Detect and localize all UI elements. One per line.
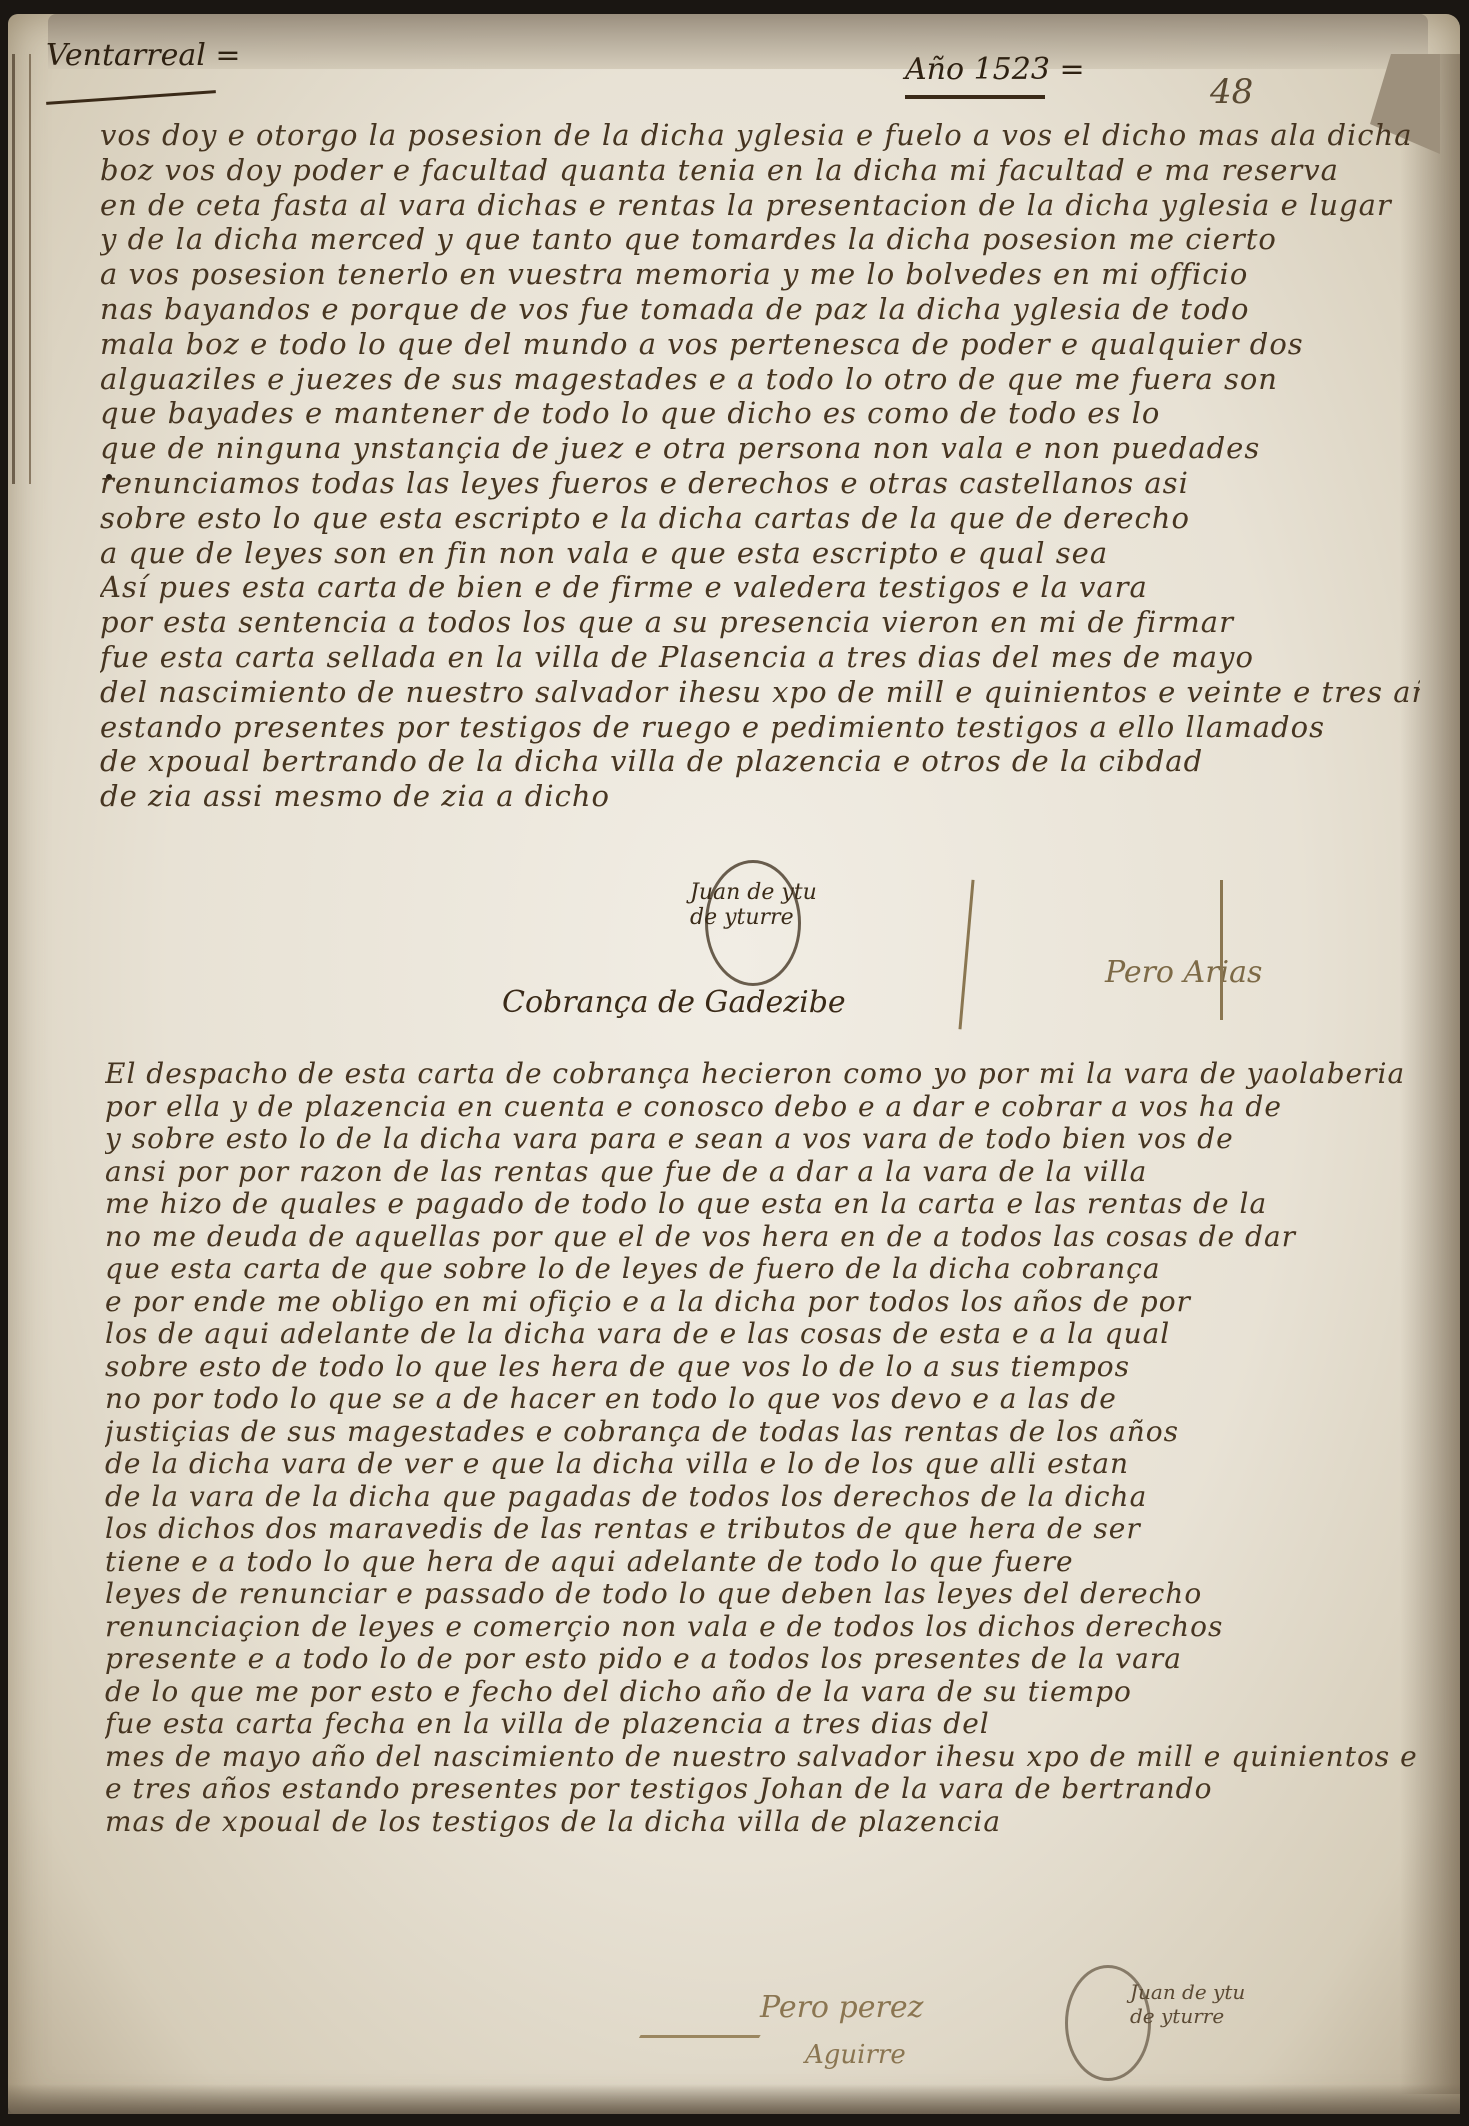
year-underline — [905, 95, 1045, 99]
manuscript-line: los de aqui adelante de la dicha vara de… — [105, 1318, 1425, 1351]
manuscript-line: que de ninguna ynstançia de juez e otra … — [100, 431, 1420, 466]
manuscript-line: e tres años estando presentes por testig… — [105, 1773, 1425, 1806]
signature-line: de yturre — [690, 905, 817, 930]
manuscript-line: fue esta carta sellada en la villa de Pl… — [100, 640, 1420, 675]
manuscript-line: alguaziles e juezes de sus magestades e … — [100, 362, 1420, 397]
manuscript-line: me hizo de quales e pagado de todo lo qu… — [105, 1188, 1425, 1221]
signature-line: Juan de ytu — [1130, 1980, 1245, 2004]
manuscript-line: fue esta carta fecha en la villa de plaz… — [105, 1708, 1425, 1741]
folio-number: 48 — [1210, 72, 1253, 112]
manuscript-line: no me deuda de aquellas por que el de vo… — [105, 1221, 1425, 1254]
manuscript-line: boz vos doy poder e facultad quanta teni… — [100, 153, 1420, 188]
manuscript-line: nas bayandos e porque de vos fue tomada … — [100, 292, 1420, 327]
manuscript-line: mes de mayo año del nascimiento de nuest… — [105, 1741, 1425, 1774]
manuscript-line: y sobre esto lo de la dicha vara para e … — [105, 1123, 1425, 1156]
notary-signature-1: Juan de ytu de yturre — [690, 880, 817, 930]
manuscript-line: de la dicha vara de ver e que la dicha v… — [105, 1448, 1425, 1481]
manuscript-line: ansi por por razon de las rentas que fue… — [105, 1156, 1425, 1189]
manuscript-line: por ella y de plazencia en cuenta e cono… — [105, 1091, 1425, 1124]
manuscript-line: estando presentes por testigos de ruego … — [100, 710, 1420, 745]
manuscript-line: de zia assi mesmo de zia a dicho — [100, 779, 1420, 814]
manuscript-line: que esta carta de que sobre lo de leyes … — [105, 1253, 1425, 1286]
manuscript-line: vos doy e otorgo la posesion de la dicha… — [100, 118, 1420, 153]
binding-margin-lines — [12, 54, 31, 484]
manuscript-line: El despacho de esta carta de cobrança he… — [105, 1058, 1425, 1091]
manuscript-line: de lo que me por esto e fecho del dicho … — [105, 1676, 1425, 1709]
bottom-signer-name: Pero perez — [760, 1990, 923, 2025]
manuscript-line: y de la dicha merced y que tanto que tom… — [100, 222, 1420, 257]
text-block-1: vos doy e otorgo la posesion de la dicha… — [100, 118, 1420, 814]
margin-title: Ventarreal = — [46, 38, 241, 73]
signature-line: de yturre — [1130, 2004, 1245, 2028]
manuscript-line: justiçias de sus magestades e cobrança d… — [105, 1416, 1425, 1449]
paper-top-edge — [48, 14, 1428, 69]
manuscript-line: Así pues esta carta de bien e de firme e… — [100, 570, 1420, 605]
manuscript-line: a que de leyes son en fin non vala e que… — [100, 536, 1420, 571]
manuscript-line: tiene e a todo lo que hera de aqui adela… — [105, 1546, 1425, 1579]
text-block-2: El despacho de esta carta de cobrança he… — [105, 1058, 1425, 1838]
manuscript-line: leyes de renunciar e passado de todo lo … — [105, 1578, 1425, 1611]
paper-bottom-edge — [8, 2084, 1460, 2114]
manuscript-line: no por todo lo que se a de hacer en todo… — [105, 1383, 1425, 1416]
manuscript-line: e por ende me obligo en mi ofiçio e a la… — [105, 1286, 1425, 1319]
signature-2: Pero Arias — [1105, 955, 1262, 990]
notary-signature-2: Juan de ytu de yturre — [1130, 1980, 1245, 2028]
manuscript-line: presente e a todo lo de por esto pido e … — [105, 1643, 1425, 1676]
manuscript-line: renunciamos todas las leyes fueros e der… — [100, 466, 1420, 501]
year-annotation: Año 1523 = — [905, 52, 1085, 87]
manuscript-line: a vos posesion tenerlo en vuestra memori… — [100, 257, 1420, 292]
manuscript-line: los dichos dos maravedis de las rentas e… — [105, 1513, 1425, 1546]
manuscript-line: sobre esto de todo lo que les hera de qu… — [105, 1351, 1425, 1384]
manuscript-line: que bayades e mantener de todo lo que di… — [100, 396, 1420, 431]
section-heading: Cobrança de Gadezibe — [502, 985, 846, 1020]
manuscript-line: por esta sentencia a todos los que a su … — [100, 605, 1420, 640]
manuscript-line: renunciaçion de leyes e comerçio non val… — [105, 1611, 1425, 1644]
signature-flourish — [1220, 880, 1233, 1020]
manuscript-line: en de ceta fasta al vara dichas e rentas… — [100, 188, 1420, 223]
signature-line: Juan de ytu — [690, 880, 817, 905]
bottom-signer-surname: Aguirre — [805, 2040, 906, 2070]
manuscript-line: mala boz e todo lo que del mundo a vos p… — [100, 327, 1420, 362]
manuscript-line: del nascimiento de nuestro salvador ihes… — [100, 675, 1420, 710]
manuscript-line: de xpoual bertrando de la dicha villa de… — [100, 744, 1420, 779]
manuscript-line: mas de xpoual de los testigos de la dich… — [105, 1806, 1425, 1839]
manuscript-line: sobre esto lo que esta escripto e la dic… — [100, 501, 1420, 536]
manuscript-line: de la vara de la dicha que pagadas de to… — [105, 1481, 1425, 1514]
